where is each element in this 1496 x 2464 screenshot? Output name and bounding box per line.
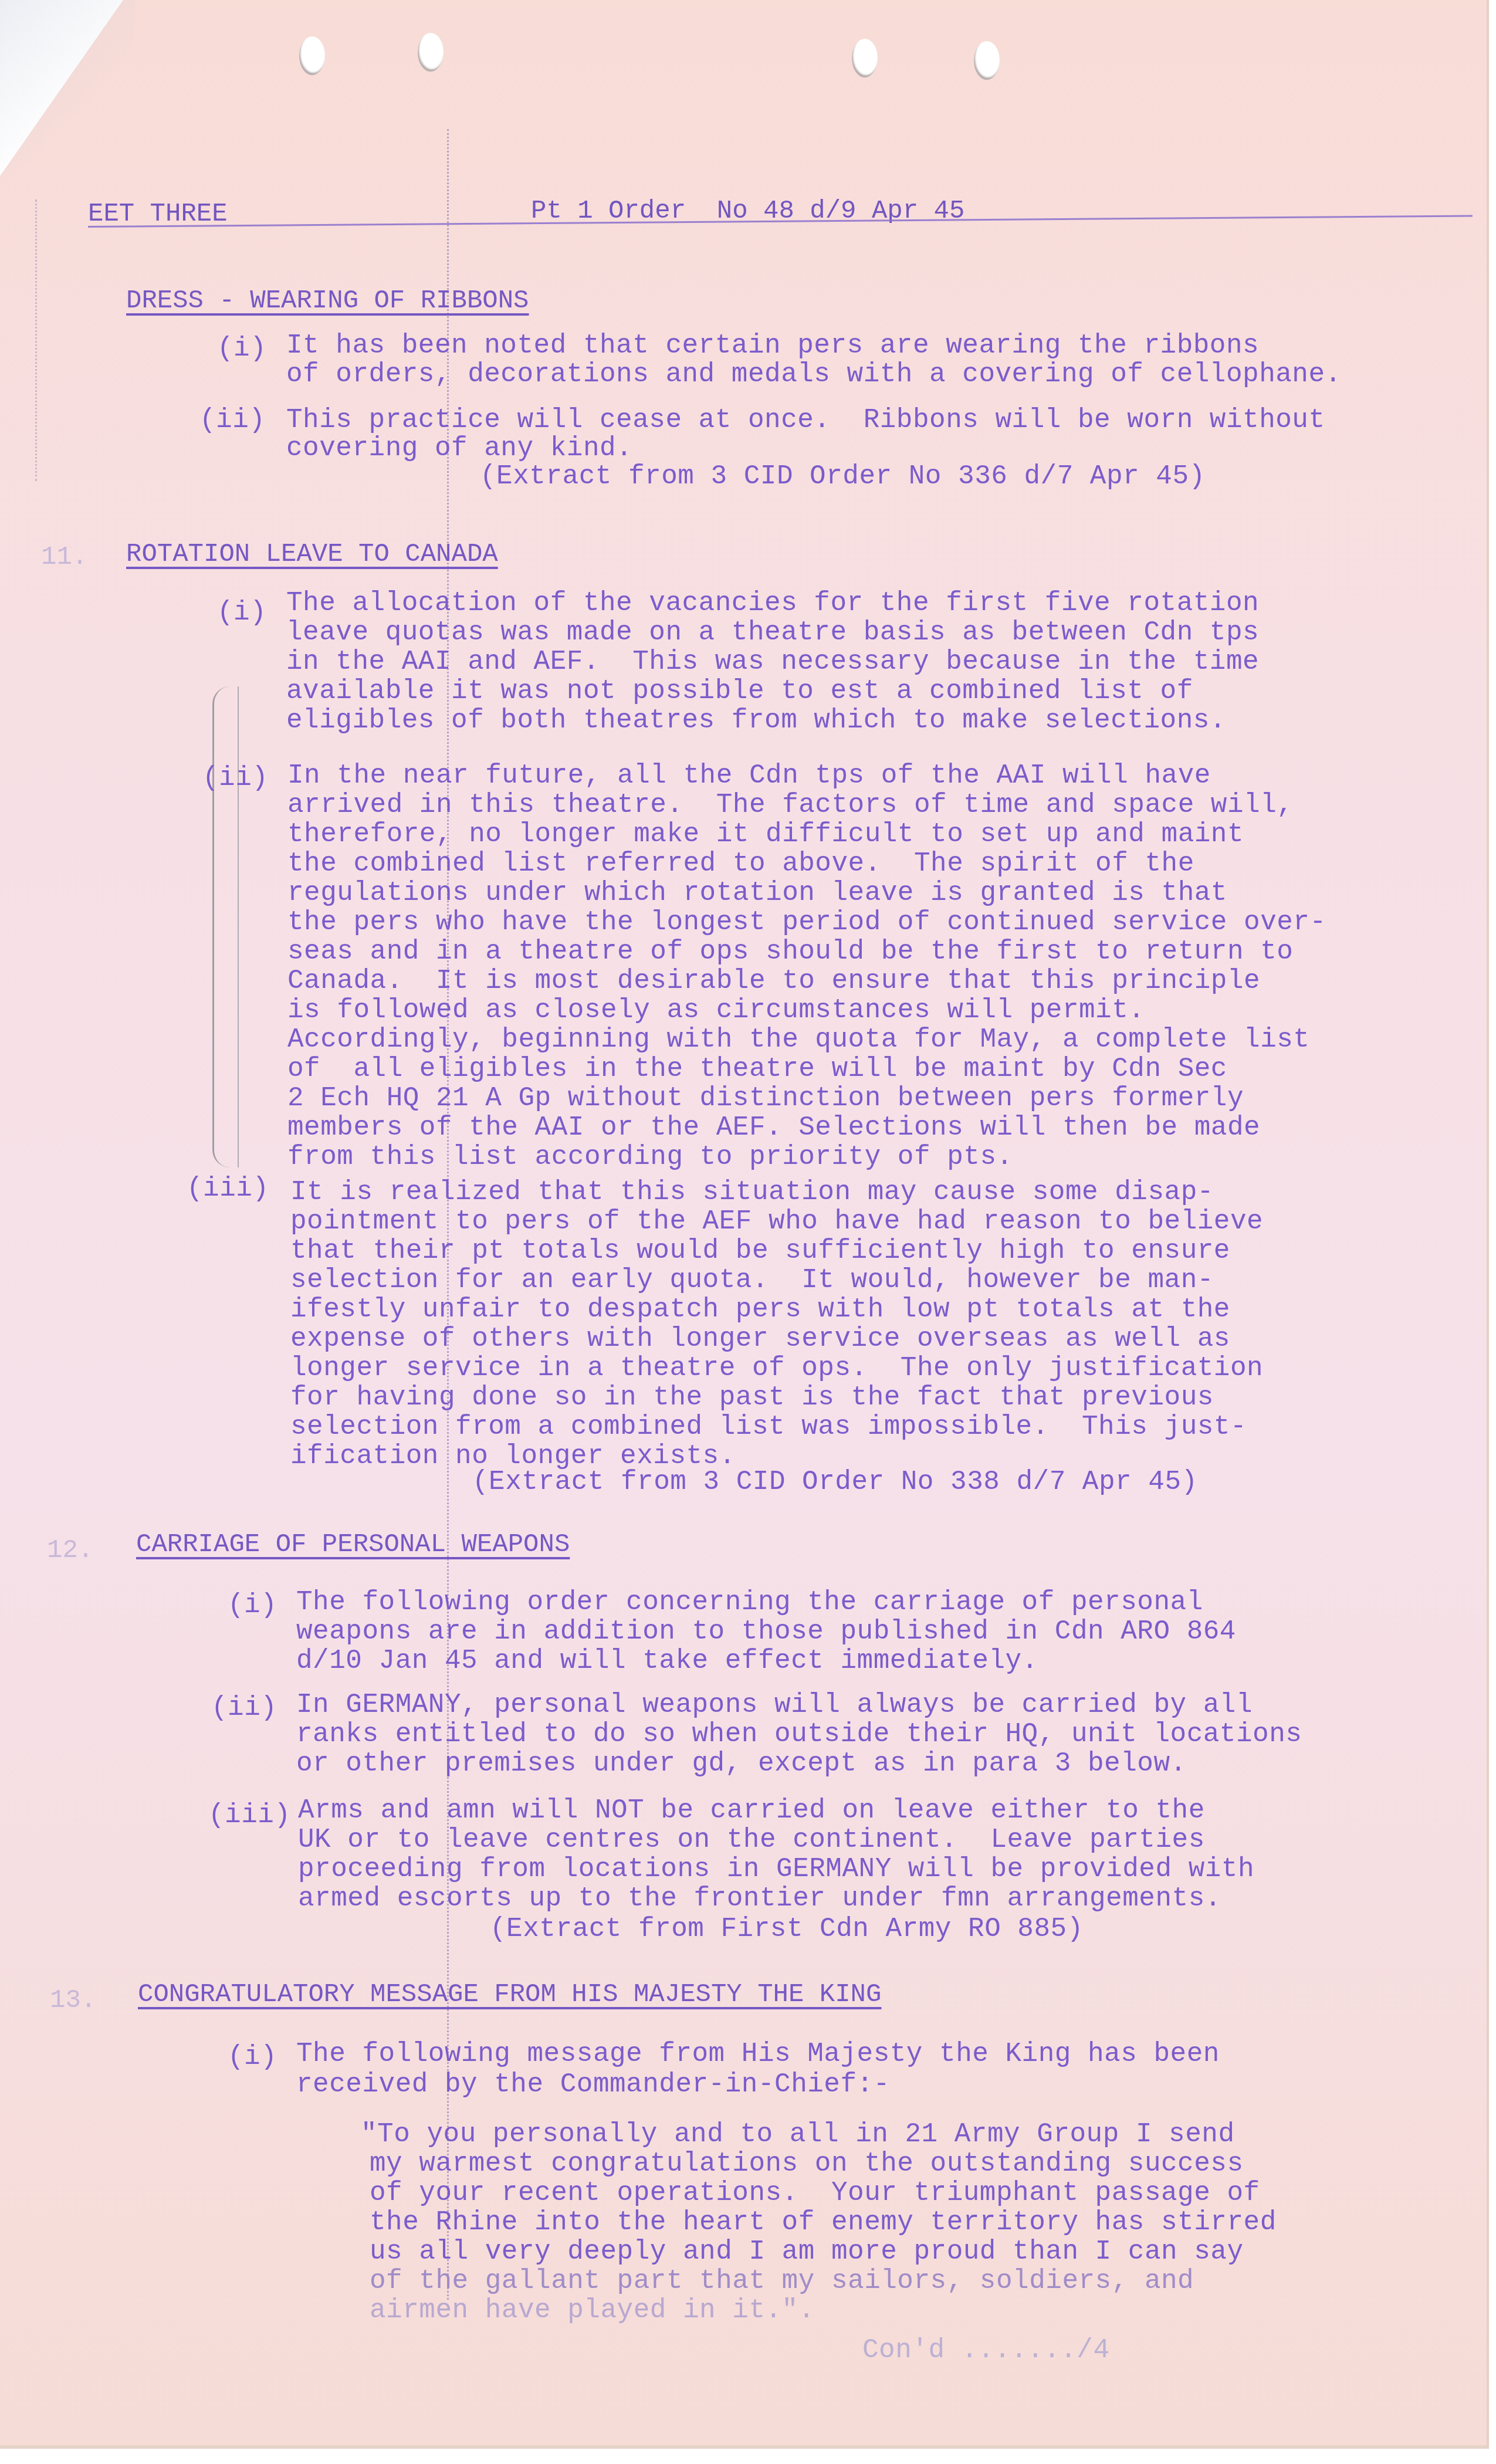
text-line: selection for an early quota. It would, … [290, 1265, 1214, 1295]
text-line: longer service in a theatre of ops. The … [290, 1353, 1263, 1383]
source-citation: (Extract from 3 CID Order No 336 d/7 Apr… [480, 461, 1206, 492]
item-label: (ii) [199, 405, 265, 435]
text-line: is followed as closely as circumstances … [287, 995, 1145, 1025]
text-line: armed escorts up to the frontier under f… [298, 1883, 1221, 1914]
text-line: 2 Ech HQ 21 A Gp without distinction bet… [287, 1083, 1244, 1113]
text-line: ifestly unfair to despatch pers with low… [290, 1294, 1230, 1325]
text-line: therefore, no longer make it difficult t… [287, 819, 1244, 849]
text-line: weapons are in addition to those publish… [296, 1616, 1236, 1647]
text-line: members of the AAI or the AEF. Selection… [287, 1112, 1260, 1143]
quote-line: my warmest congratulations on the outsta… [370, 2148, 1244, 2179]
quote-line: of the gallant part that my sailors, sol… [370, 2266, 1194, 2296]
continued-marker: Con'd ......./4 [862, 2335, 1110, 2365]
text-line: The allocation of the vacancies for the … [286, 588, 1259, 618]
text-line: It has been noted that certain pers are … [286, 330, 1259, 361]
text-line: expense of others with longer service ov… [290, 1324, 1230, 1354]
quote-line: of your recent operations. Your triumpha… [370, 2178, 1260, 2208]
item-label: (i) [217, 597, 266, 628]
section-number: 13. [50, 1986, 96, 2015]
section-number: 12. [47, 1536, 93, 1565]
text-line: The following order concerning the carri… [296, 1587, 1203, 1617]
text-line: In GERMANY, personal weapons will always… [296, 1690, 1253, 1720]
quote-line: "To you personally and to all in 21 Army… [361, 2119, 1235, 2150]
text-line: for having done so in the past is the fa… [290, 1382, 1214, 1413]
text-line: d/10 Jan 45 and will take effect immedia… [296, 1646, 1038, 1676]
text-line: received by the Commander-in-Chief:- [296, 2069, 890, 2100]
text-line: of orders, decorations and medals with a… [286, 359, 1342, 390]
punch-hole [299, 36, 325, 75]
text-line: Canada. It is most desirable to ensure t… [287, 966, 1260, 996]
text-line: leave quotas was made on a theatre basis… [286, 617, 1259, 648]
text-line: in the AAI and AEF. This was necessary b… [286, 647, 1259, 677]
text-line: of all eligibles in the theatre will be … [287, 1054, 1227, 1084]
quote-line: us all very deeply and I am more proud t… [370, 2236, 1244, 2267]
section-title-personal-weapons: CARRIAGE OF PERSONAL WEAPONS [136, 1530, 570, 1559]
text-line: Arms and amn will NOT be carried on leav… [298, 1795, 1205, 1826]
text-line: from this list according to priority of … [287, 1142, 1013, 1172]
item-label: (ii) [211, 1693, 277, 1723]
margin-smudge [35, 199, 72, 481]
punch-hole [418, 33, 444, 72]
item-label: (i) [228, 2042, 277, 2072]
text-line: proceeding from locations in GERMANY wil… [298, 1854, 1254, 1884]
text-line: The following message from His Majesty t… [296, 2039, 1220, 2069]
text-line: the pers who have the longest period of … [287, 907, 1326, 937]
item-label: (i) [228, 1590, 277, 1620]
text-line: pointment to pers of the AEF who have ha… [290, 1206, 1263, 1237]
text-line: This practice will cease at once. Ribbon… [286, 405, 1325, 435]
text-line: eligibles of both theatres from which to… [286, 705, 1226, 736]
text-line: Accordingly, beginning with the quota fo… [287, 1024, 1309, 1055]
text-line: seas and in a theatre of ops should be t… [287, 936, 1293, 967]
text-line: arrived in this theatre. The factors of … [287, 790, 1293, 820]
folded-corner [0, 0, 123, 176]
section-title-rotation-leave: ROTATION LEAVE TO CANADA [126, 540, 498, 569]
text-line: ranks entitled to do so when outside the… [296, 1719, 1302, 1749]
text-line: In the near future, all the Cdn tps of t… [287, 760, 1211, 791]
text-line: covering of any kind. [286, 433, 632, 463]
text-line: that their pt totals would be sufficient… [290, 1236, 1230, 1266]
text-line: regulations under which rotation leave i… [287, 878, 1227, 908]
text-line: It is realized that this situation may c… [290, 1177, 1214, 1207]
section-title-kings-message: CONGRATULATORY MESSAGE FROM HIS MAJESTY … [138, 1980, 881, 2009]
section-number: 11. [41, 543, 87, 572]
text-line: available it was not possible to est a c… [286, 676, 1193, 706]
punch-hole [974, 41, 1000, 80]
text-line: UK or to leave centres on the continent.… [298, 1825, 1205, 1855]
quote-line: airmen have played in it.". [370, 2295, 815, 2326]
punch-hole [852, 39, 878, 77]
text-line: or other premises under gd, except as in… [296, 1748, 1187, 1779]
quote-line: the Rhine into the heart of enemy territ… [370, 2207, 1277, 2238]
item-label: (iii) [187, 1173, 269, 1204]
pencil-margin-bracket [212, 686, 239, 1167]
item-label: (ii) [202, 763, 268, 793]
item-label: (i) [217, 333, 266, 364]
source-citation: (Extract from 3 CID Order No 338 d/7 Apr… [472, 1467, 1198, 1497]
source-citation: (Extract from First Cdn Army RO 885) [490, 1914, 1084, 1944]
text-line: selection from a combined list was impos… [290, 1412, 1247, 1442]
text-line: the combined list referred to above. The… [287, 848, 1194, 879]
document-page: EET THREE Pt 1 Order No 48 d/9 Apr 45 DR… [0, 0, 1489, 2449]
section-title-dress: DRESS - WEARING OF RIBBONS [126, 286, 529, 316]
item-label: (iii) [208, 1800, 291, 1830]
